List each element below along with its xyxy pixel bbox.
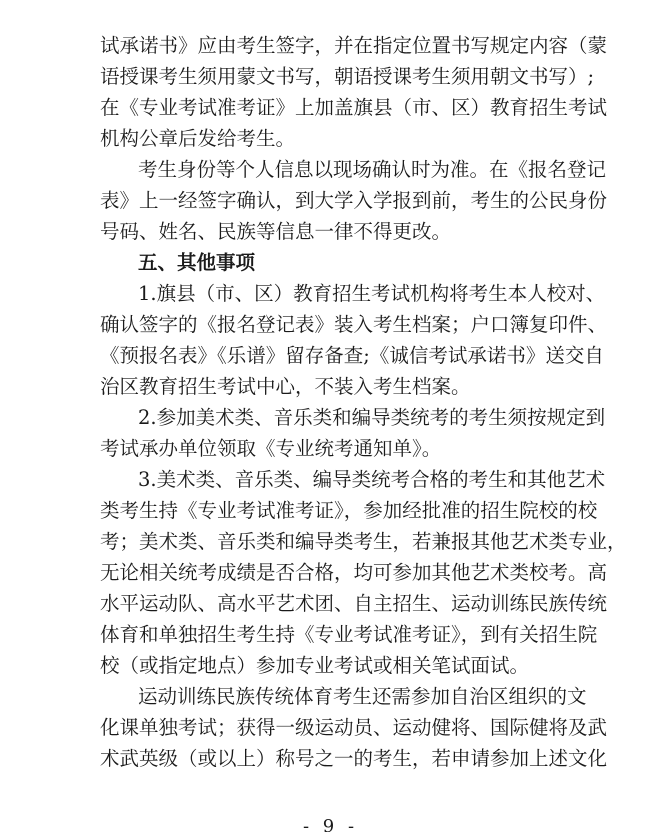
text-line: 类考生持《专业考试准考证》，参加经批准的招生院校的校	[100, 495, 562, 526]
section-heading: 五、其他事项	[100, 247, 562, 278]
text-line: 《预报名表》《乐谱》留存备查;《诚信考试承诺书》送交自	[100, 340, 562, 371]
text-line: 号码、姓名、民族等信息一律不得更改。	[100, 216, 562, 247]
text-line: 化课单独考试；获得一级运动员、运动健将、国际健将及武	[100, 712, 562, 743]
text-line: 3.美术类、音乐类、编导类统考合格的考生和其他艺术	[100, 464, 562, 495]
text-line: 考生身份等个人信息以现场确认时为准。在《报名登记	[100, 154, 562, 185]
page-number: - 9 -	[0, 816, 661, 832]
text-line: 1.旗县（市、区）教育招生考试机构将考生本人校对、	[100, 278, 562, 309]
text-line: 试承诺书》应由考生签字，并在指定位置书写规定内容（蒙	[100, 30, 562, 61]
text-line: 术武英级（或以上）称号之一的考生，若申请参加上述文化	[100, 743, 562, 774]
text-line: 表》上一经签字确认，到大学入学报到前，考生的公民身份	[100, 185, 562, 216]
text-line: 2.参加美术类、音乐类和编导类统考的考生须按规定到	[100, 402, 562, 433]
text-line: 治区教育招生考试中心，不装入考生档案。	[100, 371, 562, 402]
text-line: 考试承办单位领取《专业统考通知单》。	[100, 433, 562, 464]
text-line: 机构公章后发给考生。	[100, 123, 562, 154]
text-line: 校（或指定地点）参加专业考试或相关笔试面试。	[100, 650, 562, 681]
document-page: 试承诺书》应由考生签字，并在指定位置书写规定内容（蒙 语授课考生须用蒙文书写，朝…	[100, 30, 562, 774]
text-line: 考；美术类、音乐类和编导类考生，若兼报其他艺术类专业，	[100, 526, 562, 557]
text-line: 无论相关统考成绩是否合格，均可参加其他艺术类校考。高	[100, 557, 562, 588]
text-line: 水平运动队、高水平艺术团、自主招生、运动训练民族传统	[100, 588, 562, 619]
text-line: 语授课考生须用蒙文书写，朝语授课考生须用朝文书写）;	[100, 61, 562, 92]
text-line: 运动训练民族传统体育考生还需参加自治区组织的文	[100, 681, 562, 712]
text-line: 体育和单独招生考生持《专业考试准考证》，到有关招生院	[100, 619, 562, 650]
text-line: 确认签字的《报名登记表》装入考生档案；户口簿复印件、	[100, 309, 562, 340]
text-line: 在《专业考试准考证》上加盖旗县（市、区）教育招生考试	[100, 92, 562, 123]
